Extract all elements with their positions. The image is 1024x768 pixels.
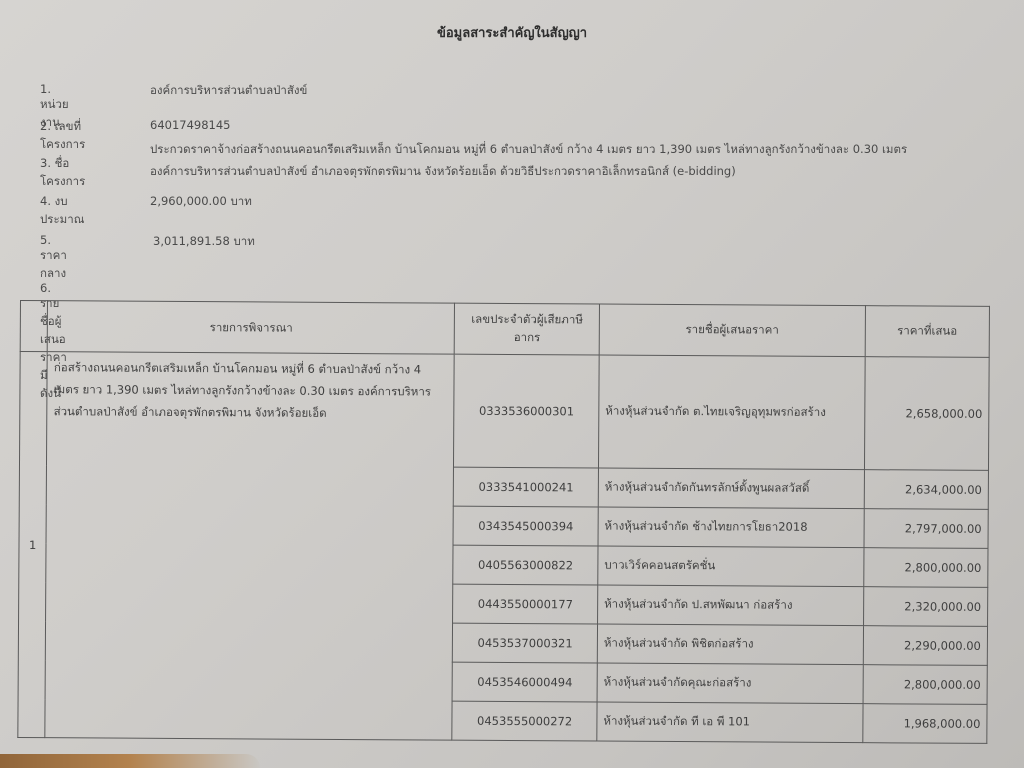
header-number [20,301,48,352]
bidder-price: 2,320,000.00 [863,587,988,627]
bidder-tax-id: 0343545000394 [453,506,598,546]
table-row: 1 ก่อสร้างถนนคอนกรีตเสริมเหล็ก บ้านโคกมอ… [19,352,989,471]
field-budget-value: 2,960,000.00 บาท [150,193,252,211]
bidder-tax-id: 0333536000301 [454,354,599,468]
bidder-name: ห้างหุ้นส่วนจำกัดคุณะก่อสร้าง [597,663,863,704]
bidder-price: 2,800,000.00 [863,665,988,705]
bidder-tax-id: 0405563000822 [453,545,598,585]
header-tax-id: เลขประจำตัวผู้เสียภาษีอากร [455,303,600,355]
field-median-price-label: 5. ราคากลาง [40,233,67,283]
field-median-price-value: 3,011,891.58 บาท [153,233,255,251]
document-page: ข้อมูลสาระสำคัญในสัญญา 1. หน่วยงาน องค์ก… [0,0,1024,768]
bidder-tax-id: 0333541000241 [454,467,599,507]
bidder-name: ห้างหุ้นส่วนจำกัด ต.ไทยเจริญอุทุมพรก่อสร… [598,355,864,470]
field-agency-value: องค์การบริหารส่วนตำบลป่าสังข์ [150,82,307,100]
header-item: รายการพิจารณา [47,301,454,354]
field-project-name-value: ประกวดราคาจ้างก่อสร้างถนนคอนกรีตเสริมเหล… [150,141,907,159]
bidder-name: ห้างหุ้นส่วนจำกัด ป.สหพัฒนา ก่อสร้าง [597,585,863,626]
field-project-number-value: 64017498145 [150,118,230,132]
bidder-price: 2,658,000.00 [864,357,989,471]
bidder-price: 2,290,000.00 [863,626,988,666]
bidder-name: บาวเวิร์คคอนสตรัคชั่น [598,546,864,587]
bidder-tax-id: 0453546000494 [453,662,598,702]
field-project-name-label: 3. ชื่อโครงการ [40,155,85,191]
bidder-tax-id: 0443550000177 [453,584,598,624]
bidder-price: 2,634,000.00 [864,470,989,510]
field-project-number-label: 2. เลขที่โครงการ [40,118,85,154]
bidder-name: ห้างหุ้นส่วนจำกัด ช้างไทยการโยธา2018 [598,507,864,548]
field-project-name-value-line2: องค์การบริหารส่วนตำบลป่าสังข์ อำเภอจตุรพ… [150,163,736,181]
item-number: 1 [18,352,48,738]
bidder-price: 1,968,000.00 [862,704,987,744]
desk-edge [0,754,260,768]
bidder-tax-id: 0453537000321 [453,623,598,663]
table-header-row: รายการพิจารณา เลขประจำตัวผู้เสียภาษีอากร… [20,301,989,358]
bidders-table: รายการพิจารณา เลขประจำตัวผู้เสียภาษีอากร… [17,300,990,744]
field-budget-label: 4. งบประมาณ [40,193,84,229]
bidder-tax-id: 0453555000272 [452,701,597,741]
bidder-name: ห้างหุ้นส่วนจำกัด พิชิตก่อสร้าง [597,624,863,665]
bidder-price: 2,797,000.00 [864,509,989,549]
document-title: ข้อมูลสาระสำคัญในสัญญา [0,22,1024,43]
header-bidder-name: รายชื่อผู้เสนอราคา [599,304,865,357]
bidder-name: ห้างหุ้นส่วนจำกัด ที เอ พี 101 [597,702,863,743]
bidder-name: ห้างหุ้นส่วนจำกัดกันทรลักษ์ตั้งพูนผลสวัส… [598,468,864,509]
header-price: ราคาที่เสนอ [865,306,990,358]
bidder-price: 2,800,000.00 [863,548,988,588]
item-description: ก่อสร้างถนนคอนกรีตเสริมเหล็ก บ้านโคกมอน … [45,352,455,740]
